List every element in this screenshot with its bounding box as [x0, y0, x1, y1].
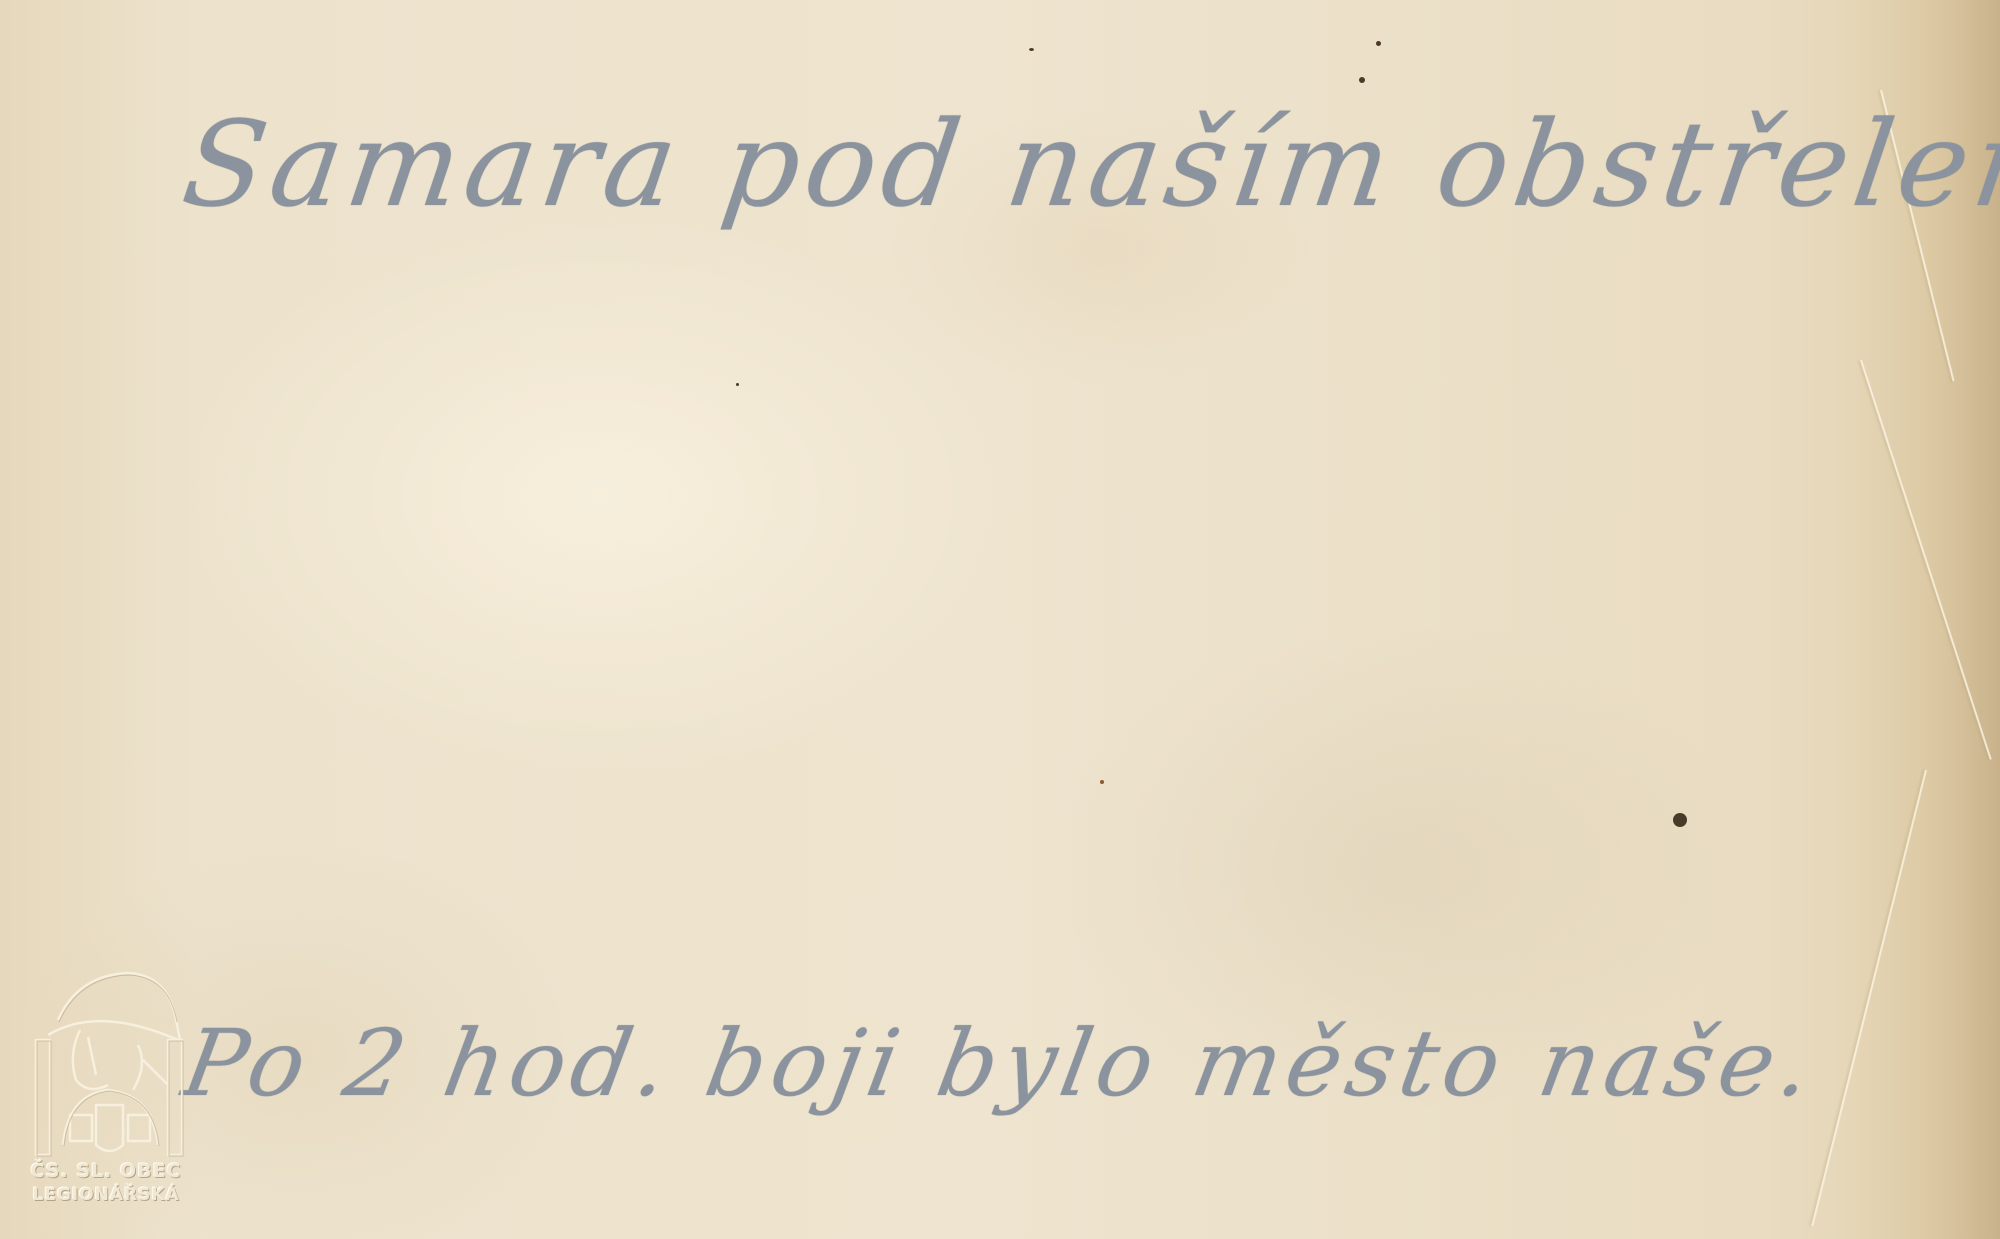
legionnaire-emblem-icon — [18, 945, 193, 1160]
paper-speck — [1029, 48, 1034, 51]
watermark-text-line-2: LEGIONÁŘSKÁ — [26, 1185, 186, 1205]
paper-speck — [1359, 77, 1365, 83]
paper-speck — [1100, 780, 1104, 784]
paper-speck — [1673, 813, 1687, 827]
handwritten-line-note: Po 2 hod. boji bylo město naše. — [176, 1010, 1825, 1117]
embossed-watermark: ČS. SL. OBEC LEGIONÁŘSKÁ — [18, 945, 193, 1215]
paper-speck — [1376, 41, 1381, 46]
document-paper: Samara pod naším obstřelem Po 2 hod. boj… — [0, 0, 2000, 1239]
paper-speck — [736, 383, 739, 386]
watermark-text-line-1: ČS. SL. OBEC — [26, 1160, 186, 1182]
handwritten-line-caption: Samara pod naším obstřelem — [175, 95, 2000, 233]
